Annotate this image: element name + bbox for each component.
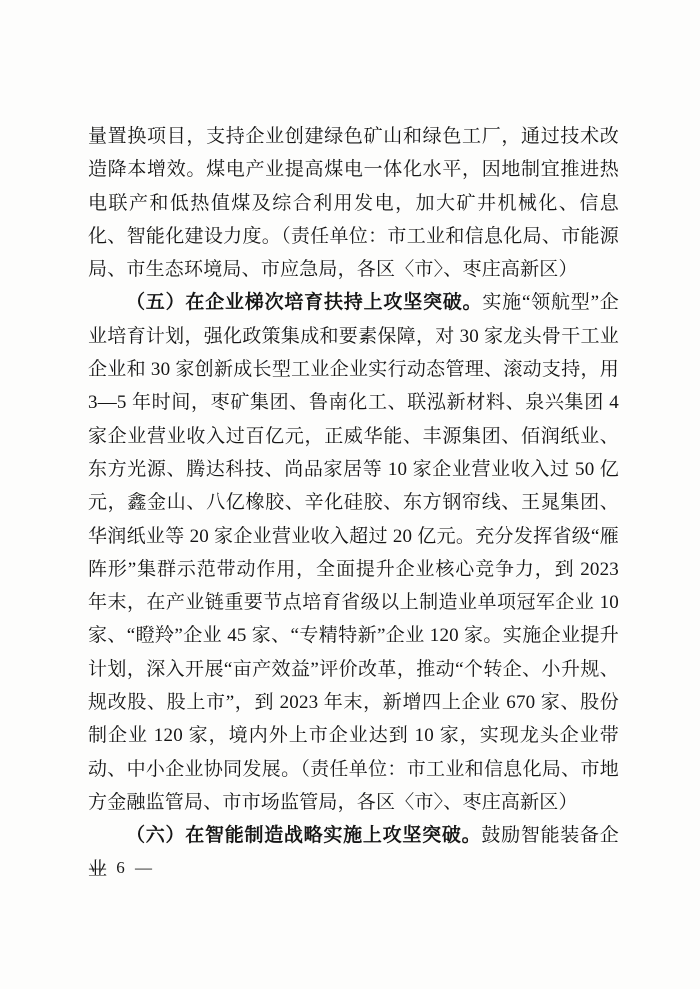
section-heading-run: （五）在企业梯次培育扶持上攻坚突破。 — [126, 292, 482, 313]
paragraph: 量置换项目，支持企业创建绿色矿山和绿色工厂，通过技术改造降本增效。煤电产业提高煤… — [88, 120, 619, 286]
section-heading-run: （六）在智能制造战略实施上攻坚突破。 — [126, 825, 481, 846]
paragraph: （六）在智能制造战略实施上攻坚突破。鼓励智能装备企业 — [88, 819, 619, 886]
document-page: 量置换项目，支持企业创建绿色矿山和绿色工厂，通过技术改造降本增效。煤电产业提高煤… — [0, 0, 700, 989]
text-run: 实施“领航型”企业培育计划，强化政策集成和要素保障，对 30 家龙头骨干工业企业… — [88, 292, 619, 812]
page-number: — 6 — — [89, 858, 155, 878]
document-body: 量置换项目，支持企业创建绿色矿山和绿色工厂，通过技术改造降本增效。煤电产业提高煤… — [88, 120, 619, 886]
text-run: 量置换项目，支持企业创建绿色矿山和绿色工厂，通过技术改造降本增效。煤电产业提高煤… — [88, 126, 619, 280]
paragraph: （五）在企业梯次培育扶持上攻坚突破。实施“领航型”企业培育计划，强化政策集成和要… — [88, 286, 619, 819]
